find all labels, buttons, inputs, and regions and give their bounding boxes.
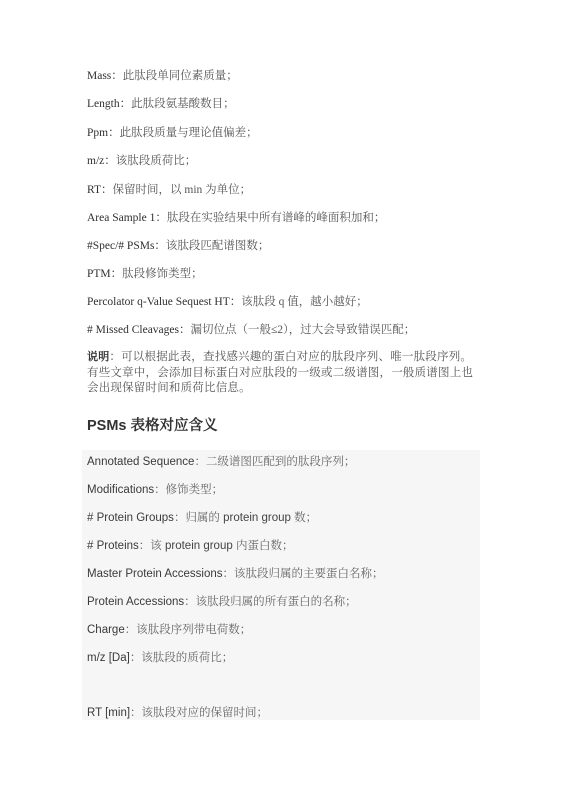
field-desc: 该肽段的质荷比； [141,652,233,664]
field-ptm: PTM：肽段修饰类型； [87,267,203,281]
field-sep: ： [139,540,151,552]
field-desc: 该肽段归属的所有蛋白的名称； [196,596,357,608]
field-sep: ： [130,707,142,719]
field-q-value: Percolator q-Value Sequest HT：该肽段 q 值，越小… [87,295,368,309]
field-desc: 肽段在实验结果中所有谱峰的峰面积加和； [167,212,386,224]
field-length: Length：此肽段氨基酸数目； [87,97,235,111]
psm-field-protein-groups: # Protein Groups：归属的 protein group 数； [87,511,317,525]
field-desc: 修饰类型； [166,484,224,496]
field-spec-psms: #Spec/# PSMs：该肽段匹配谱图数； [87,239,269,253]
field-term: Master Protein Accessions [87,568,223,580]
field-term: Protein Accessions [87,596,184,608]
field-rt: RT：保留时间，以 min 为单位； [87,183,251,197]
field-desc: 漏切位点（一般≤2），过大会导致错误匹配； [190,324,415,336]
psm-field-protein-accessions: Protein Accessions：该肽段归属的所有蛋白的名称； [87,595,357,609]
field-term: m/z [87,155,104,167]
psm-field-proteins: # Proteins：该 protein group 内蛋白数； [87,539,293,553]
field-sep: ： [184,596,196,608]
psm-field-modifications: Modifications：修饰类型； [87,483,223,497]
field-desc: 保留时间，以 min 为单位； [113,184,252,196]
field-desc: 该肽段归属的主要蛋白名称； [234,568,384,580]
note-text: 可以根据此表，查找感兴趣的蛋白对应的肽段序列、唯一肽段序列。有些文章中，会添加目… [87,351,473,394]
field-ppm: Ppm：此肽段质量与理论值偏差； [87,126,258,140]
psm-field-charge: Charge：该肽段序列带电荷数； [87,623,251,637]
field-sep: ： [194,456,206,468]
field-desc: 该肽段 q 值，越小越好； [241,296,368,308]
psm-field-annotated-sequence: Annotated Sequence：二级谱图匹配到的肽段序列； [87,455,355,469]
field-desc: 肽段修饰类型； [122,268,203,280]
field-sep: ： [223,568,235,580]
field-sep: ： [111,268,123,280]
field-sep: ： [230,296,242,308]
field-desc-pre: 该 [150,540,162,552]
field-sep: ： [108,127,120,139]
field-sep: ： [155,212,167,224]
field-term: # Proteins [87,540,139,552]
field-desc: 该肽段序列带电荷数； [136,624,251,636]
field-sep: ： [179,324,191,336]
field-desc-en: protein group [220,512,294,524]
field-sep: ： [174,512,186,524]
field-desc: 该肽段质荷比； [116,155,197,167]
field-area-sample: Area Sample 1：肽段在实验结果中所有谱峰的峰面积加和； [87,211,385,225]
field-mass: Mass：此肽段单同位素质量； [87,69,238,83]
field-desc-post: 内蛋白数； [236,540,294,552]
field-desc: 二级谱图匹配到的肽段序列； [206,456,356,468]
note-sep: ： [109,351,121,363]
field-term: # Missed Cleavages [87,324,179,336]
note-label: 说明 [87,350,109,363]
field-term: Ppm [87,127,108,139]
field-term: RT [87,184,101,196]
field-desc: 此肽段氨基酸数目； [131,98,235,110]
field-term: m/z [Da] [87,652,130,664]
field-sep: ： [154,484,166,496]
note-paragraph: 说明：可以根据此表，查找感兴趣的蛋白对应的肽段序列、唯一肽段序列。有些文章中，会… [87,349,482,397]
field-term: Percolator q-Value Sequest HT [87,296,230,308]
field-sep: ： [154,240,166,252]
field-term: #Spec/# PSMs [87,240,154,252]
field-desc: 此肽段质量与理论值偏差； [120,127,258,139]
field-desc: 该肽段匹配谱图数； [166,240,270,252]
psm-field-mz-da: m/z [Da]：该肽段的质荷比； [87,651,233,665]
field-mz: m/z：该肽段质荷比； [87,154,196,168]
field-sep: ： [104,155,116,167]
field-desc: 该肽段对应的保留时间； [142,707,269,719]
document-page: Mass：此肽段单同位素质量； Length：此肽段氨基酸数目； Ppm：此肽段… [0,0,565,800]
psm-field-rt-min: RT [min]：该肽段对应的保留时间； [87,706,268,720]
field-sep: ： [125,624,137,636]
field-term: Length [87,98,120,110]
field-term: Annotated Sequence [87,456,194,468]
field-desc: 此肽段单同位素质量； [123,70,238,82]
field-term: Charge [87,624,125,636]
field-term: RT [min] [87,707,130,719]
section-heading-psms: PSMs 表格对应含义 [87,414,218,435]
field-sep: ： [120,98,132,110]
field-desc-en: protein group [162,540,236,552]
field-missed-cleavages: # Missed Cleavages：漏切位点（一般≤2），过大会导致错误匹配； [87,323,415,337]
field-sep: ： [130,652,142,664]
field-term: Modifications [87,484,154,496]
field-desc-pre: 归属的 [185,512,220,524]
field-term: Mass [87,70,111,82]
field-term: PTM [87,268,111,280]
field-sep: ： [111,70,123,82]
field-term: # Protein Groups [87,512,174,524]
field-term: Area Sample 1 [87,212,155,224]
field-sep: ： [101,184,113,196]
psm-field-master-protein-accessions: Master Protein Accessions：该肽段归属的主要蛋白名称； [87,567,384,581]
field-desc-post: 数； [294,512,317,524]
